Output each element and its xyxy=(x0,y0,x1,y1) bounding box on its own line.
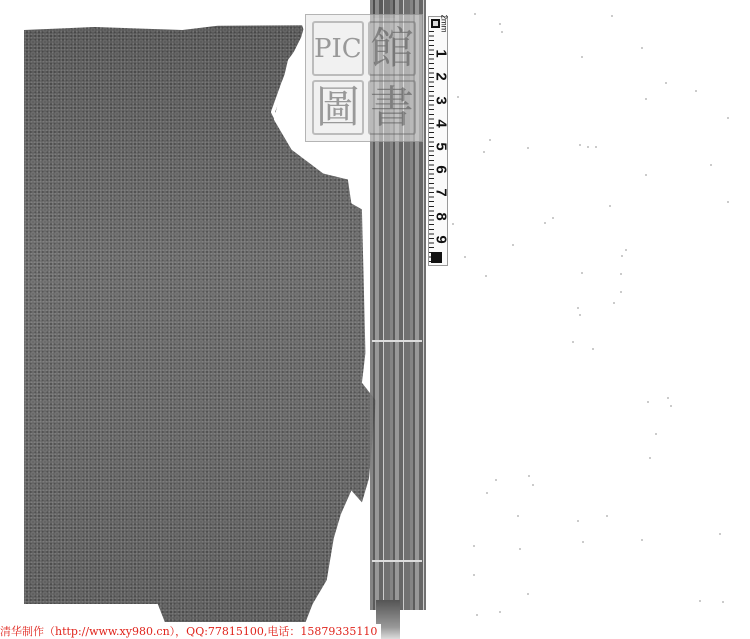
paper-speck xyxy=(727,201,729,203)
library-seal: PIC 館 圖 書 xyxy=(305,14,423,142)
paper-speck xyxy=(501,31,503,33)
paper-speck xyxy=(641,47,643,49)
paper-speck xyxy=(722,601,724,603)
paper-speck xyxy=(489,139,491,141)
ruler-number: 9 xyxy=(434,232,449,246)
seal-character: 圖 xyxy=(312,80,364,135)
paper-speck xyxy=(577,307,579,309)
paper-speck xyxy=(620,273,622,275)
ruler-unit-label: 2mm xyxy=(439,15,448,33)
seal-character: PIC xyxy=(312,21,364,76)
paper-speck xyxy=(485,275,487,277)
seal-character: 書 xyxy=(368,80,416,135)
paper-speck xyxy=(667,397,669,399)
paper-speck xyxy=(474,13,476,15)
paper-speck xyxy=(486,492,488,494)
ruler-number: 3 xyxy=(434,93,449,107)
paper-speck xyxy=(710,164,712,166)
paper-speck xyxy=(457,96,459,98)
paper-speck xyxy=(483,151,485,153)
paper-speck xyxy=(452,223,454,225)
paper-speck xyxy=(577,520,579,522)
paper-speck xyxy=(517,515,519,517)
paper-speck xyxy=(645,98,647,100)
paper-speck xyxy=(625,249,627,251)
ruler-number: 8 xyxy=(434,209,449,223)
paper-speck xyxy=(695,90,697,92)
scanned-page: PIC 館 圖 書 2mm 123456789 清华制作（http://www.… xyxy=(0,0,750,639)
paper-speck xyxy=(532,484,534,486)
watermark-text: 清华制作（http://www.xy980.cn），QQ:77815100,电话… xyxy=(0,624,381,639)
paper-speck xyxy=(620,291,622,293)
spine-band xyxy=(372,560,422,562)
ruler-end-mark xyxy=(431,252,442,263)
ruler-number: 5 xyxy=(434,140,449,154)
paper-speck xyxy=(606,515,608,517)
paper-speck xyxy=(512,244,514,246)
paper-speck xyxy=(665,82,667,84)
paper-speck xyxy=(670,405,672,407)
paper-speck xyxy=(499,23,501,25)
paper-speck xyxy=(611,15,613,17)
ruler-number: 4 xyxy=(434,116,449,130)
paper-speck xyxy=(582,541,584,543)
paper-speck xyxy=(595,146,597,148)
paper-speck xyxy=(579,144,581,146)
paper-speck xyxy=(528,475,530,477)
ruler-number: 7 xyxy=(434,186,449,200)
ruler-number: 1 xyxy=(434,47,449,61)
paper-speck xyxy=(464,256,466,258)
paper-speck xyxy=(699,600,701,602)
paper-speck xyxy=(592,348,594,350)
spine-band xyxy=(372,340,422,342)
paper-speck xyxy=(495,479,497,481)
paper-speck xyxy=(544,222,546,224)
paper-speck xyxy=(609,205,611,207)
paper-speck xyxy=(519,548,521,550)
paper-speck xyxy=(473,574,475,576)
paper-speck xyxy=(527,593,529,595)
paper-speck xyxy=(613,302,615,304)
paper-speck xyxy=(655,433,657,435)
paper-speck xyxy=(581,272,583,274)
ruler-number: 6 xyxy=(434,163,449,177)
paper-speck xyxy=(473,545,475,547)
paper-speck xyxy=(581,56,583,58)
paper-speck xyxy=(572,341,574,343)
paper-speck xyxy=(647,401,649,403)
paper-speck xyxy=(476,614,478,616)
paper-speck xyxy=(587,146,589,148)
paper-speck xyxy=(719,533,721,535)
paper-speck xyxy=(527,147,529,149)
ruler-number: 2 xyxy=(434,70,449,84)
paper-speck xyxy=(552,217,554,219)
paper-speck xyxy=(499,611,501,613)
paper-speck xyxy=(645,174,647,176)
paper-speck xyxy=(579,314,581,316)
paper-speck xyxy=(649,457,651,459)
paper-speck xyxy=(727,117,729,119)
paper-speck xyxy=(621,255,623,257)
seal-character: 館 xyxy=(368,21,416,76)
paper-speck xyxy=(641,539,643,541)
measurement-ruler: 2mm 123456789 xyxy=(428,16,448,266)
